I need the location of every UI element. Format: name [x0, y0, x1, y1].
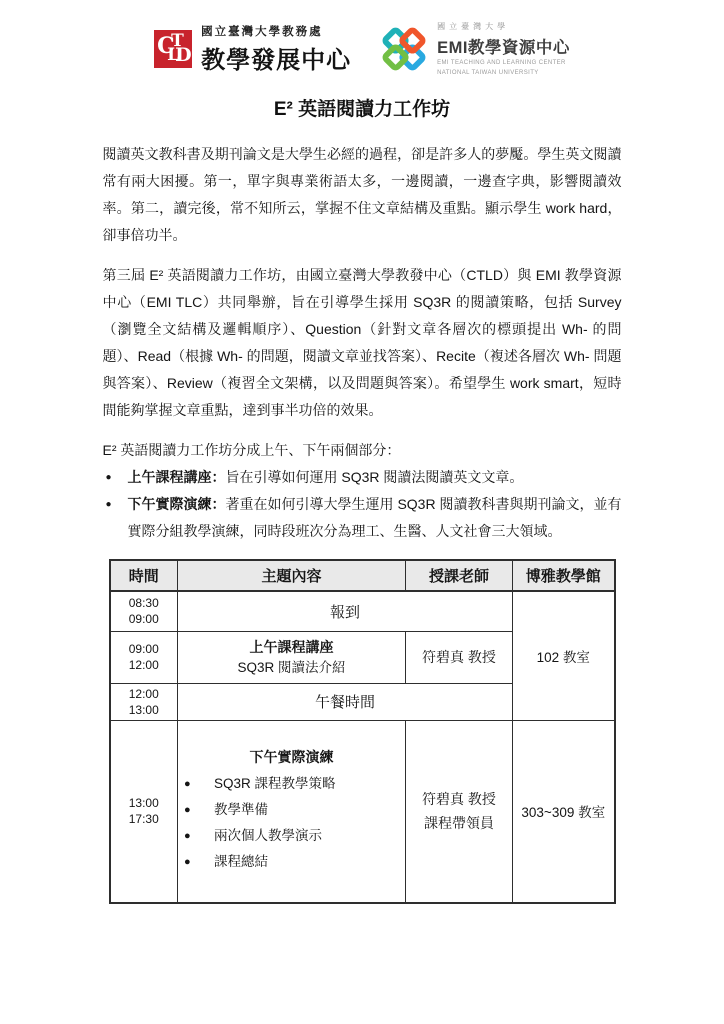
lunch-time-end: 13:00	[115, 702, 174, 718]
table-row-afternoon: 13:00 17:30 下午實際演練 ● SQ3R 課程教學策略 ● 教學準備 …	[110, 720, 615, 903]
emi-knot-icon	[381, 26, 427, 72]
list-item-text: 下午實際演練：著重在如何引導大學生運用 SQ3R 閱讀教科書與期刊論文，並有實際…	[128, 491, 622, 545]
col-header-time: 時間	[110, 560, 178, 591]
lunch-time: 12:00 13:00	[110, 683, 178, 720]
table-row-checkin: 08:30 09:00 報到 102 教室	[110, 591, 615, 631]
header-logos: C T L D 國立臺灣大學教務處 教學發展中心 國立臺灣大學	[0, 0, 724, 82]
afternoon-topic-title: 下午實際演練	[182, 747, 401, 767]
morning-time-end: 12:00	[115, 657, 174, 673]
emi-english-line2: NATIONAL TAIWAN UNIVERSITY	[437, 70, 570, 78]
ctld-org-line: 國立臺灣大學教務處	[201, 23, 351, 39]
paragraph-sq3r: 第三屆 E² 英語閱讀力工作坊，由國立臺灣大學教發中心（CTLD）與 EMI 教…	[103, 262, 622, 424]
afternoon-teacher: 符碧真 教授 課程帶領員	[406, 720, 513, 903]
bullet-icon: ●	[182, 771, 214, 797]
afternoon-teacher-line1: 符碧真 教授	[410, 787, 508, 811]
afternoon-room: 303~309 教室	[513, 720, 615, 903]
emi-center-name: EMI教學資源中心	[437, 34, 570, 58]
afternoon-label: 下午實際演練：	[128, 496, 226, 512]
afternoon-topic: 下午實際演練 ● SQ3R 課程教學策略 ● 教學準備 ● 兩次個人教學演示	[178, 720, 406, 903]
checkin-time: 08:30 09:00	[110, 591, 178, 631]
afternoon-item: ● SQ3R 課程教學策略	[182, 771, 401, 797]
bullet-icon: ●	[103, 464, 128, 491]
afternoon-time-end: 17:30	[115, 811, 174, 827]
morning-teacher: 符碧真 教授	[406, 631, 513, 683]
afternoon-time: 13:00 17:30	[110, 720, 178, 903]
list-item-morning: ● 上午課程講座：旨在引導如何運用 SQ3R 閱讀法閱讀英文文章。	[103, 464, 622, 491]
checkin-time-start: 08:30	[115, 595, 174, 611]
col-header-topic: 主題內容	[178, 560, 406, 591]
afternoon-time-start: 13:00	[115, 795, 174, 811]
document-body: 閱讀英文教科書及期刊論文是大學生必經的過程，卻是許多人的夢魘。學生英文閱讀常有兩…	[103, 141, 622, 904]
agenda-intro-line: E² 英語閱讀力工作坊分成上午、下午兩個部分：	[103, 437, 622, 464]
bullet-icon: ●	[182, 797, 214, 823]
col-header-teacher: 授課老師	[406, 560, 513, 591]
afternoon-item-text: 兩次個人教學演示	[214, 823, 322, 849]
afternoon-item-text: 教學準備	[214, 797, 268, 823]
checkin-time-end: 09:00	[115, 611, 174, 627]
afternoon-item: ● 課程總結	[182, 849, 401, 875]
workshop-flyer-page: C T L D 國立臺灣大學教務處 教學發展中心 國立臺灣大學	[0, 0, 724, 1024]
lunch-topic: 午餐時間	[178, 683, 513, 720]
emi-university-line: 國立臺灣大學	[437, 21, 570, 32]
morning-room: 102 教室	[513, 591, 615, 720]
morning-time-start: 09:00	[115, 641, 174, 657]
morning-topic-sub: SQ3R 閱讀法介紹	[182, 658, 401, 678]
lunch-time-start: 12:00	[115, 686, 174, 702]
morning-topic-title: 上午課程講座	[182, 636, 401, 658]
emi-logo: 國立臺灣大學 EMI教學資源中心 EMI TEACHING AND LEARNI…	[381, 21, 570, 78]
ctld-logo-text: 國立臺灣大學教務處 教學發展中心	[201, 23, 351, 75]
table-header-row: 時間 主題內容 授課老師 博雅教學館	[110, 560, 615, 591]
ctld-logo: C T L D 國立臺灣大學教務處 教學發展中心	[154, 23, 351, 75]
col-header-venue: 博雅教學館	[513, 560, 615, 591]
afternoon-item: ● 兩次個人教學演示	[182, 823, 401, 849]
ctld-center-line: 教學發展中心	[201, 40, 351, 75]
list-item-text: 上午課程講座：旨在引導如何運用 SQ3R 閱讀法閱讀英文文章。	[128, 464, 622, 491]
list-item-afternoon: ● 下午實際演練：著重在如何引導大學生運用 SQ3R 閱讀教科書與期刊論文，並有…	[103, 491, 622, 545]
bullet-icon: ●	[182, 823, 214, 849]
morning-topic: 上午課程講座 SQ3R 閱讀法介紹	[178, 631, 406, 683]
morning-label: 上午課程講座：	[128, 469, 226, 485]
afternoon-teacher-line2: 課程帶領員	[410, 811, 508, 835]
morning-desc: 旨在引導如何運用 SQ3R 閱讀法閱讀英文文章。	[226, 469, 524, 485]
agenda-bullet-list: ● 上午課程講座：旨在引導如何運用 SQ3R 閱讀法閱讀英文文章。 ● 下午實際…	[103, 464, 622, 545]
paragraph-intro: 閱讀英文教科書及期刊論文是大學生必經的過程，卻是許多人的夢魘。學生英文閱讀常有兩…	[103, 141, 622, 249]
afternoon-item-text: 課程總結	[214, 849, 268, 875]
bullet-icon: ●	[182, 849, 214, 875]
checkin-topic: 報到	[178, 591, 513, 631]
emi-logo-text: 國立臺灣大學 EMI教學資源中心 EMI TEACHING AND LEARNI…	[437, 21, 570, 78]
schedule-table: 時間 主題內容 授課老師 博雅教學館 08:30 09:00 報到 102 教室…	[109, 559, 616, 904]
morning-time: 09:00 12:00	[110, 631, 178, 683]
page-title: E² 英語閱讀力工作坊	[0, 94, 724, 121]
afternoon-item-text: SQ3R 課程教學策略	[214, 771, 336, 797]
emi-english-line1: EMI TEACHING AND LEARNING CENTER	[437, 60, 570, 68]
bullet-icon: ●	[103, 491, 128, 518]
ctld-letter-d: D	[175, 46, 191, 65]
afternoon-item: ● 教學準備	[182, 797, 401, 823]
ctld-monogram-icon: C T L D	[154, 30, 192, 68]
